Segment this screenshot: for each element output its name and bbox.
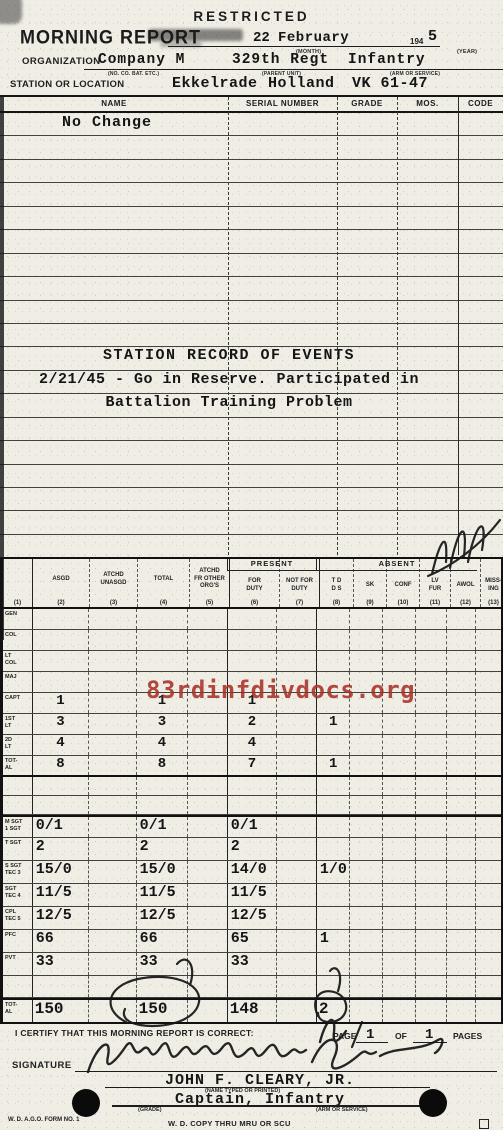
stats-column-number: (7) bbox=[296, 600, 303, 607]
col-mos: MOS. bbox=[397, 99, 458, 108]
stats-cell bbox=[416, 796, 447, 814]
stats-cell: 148 bbox=[228, 1000, 278, 1022]
organization-unit: Company M bbox=[98, 52, 185, 68]
stats-row-label: 1ST LT bbox=[3, 714, 33, 734]
stats-cell bbox=[188, 838, 228, 860]
stats-cell bbox=[350, 976, 383, 997]
column-divider bbox=[397, 97, 398, 555]
stats-cell: 0/1 bbox=[33, 817, 89, 837]
stats-cell bbox=[416, 735, 447, 755]
stats-cell bbox=[277, 777, 317, 795]
stats-cell bbox=[89, 817, 137, 837]
stats-cell bbox=[277, 976, 317, 997]
station-label: STATION OR LOCATION bbox=[10, 79, 124, 90]
stats-cell bbox=[188, 1000, 228, 1022]
stats-value: 11/5 bbox=[137, 884, 187, 901]
stats-cell bbox=[476, 672, 501, 692]
stats-cell: 12/5 bbox=[137, 907, 188, 929]
stats-column-number: (1) bbox=[14, 600, 21, 607]
stats-cell bbox=[447, 735, 477, 755]
stats-row bbox=[3, 976, 501, 998]
col-name: NAME bbox=[0, 99, 228, 108]
stats-cell bbox=[416, 630, 447, 650]
stats-cell bbox=[277, 1000, 317, 1022]
stats-row: 2D LT444 bbox=[3, 735, 501, 756]
stats-value: 148 bbox=[228, 1000, 277, 1018]
stats-cell: 2 bbox=[317, 1000, 351, 1022]
stats-row: PVT333333 bbox=[3, 953, 501, 976]
stats-cell bbox=[277, 796, 317, 814]
stats-cell bbox=[350, 907, 383, 929]
name-table-row bbox=[0, 160, 503, 183]
stats-cell bbox=[89, 861, 137, 883]
name-table-row bbox=[0, 418, 503, 441]
stats-cell bbox=[89, 651, 137, 671]
stats-cell bbox=[33, 796, 89, 814]
present-group-header: PRESENT bbox=[227, 559, 317, 571]
stats-row: GEN bbox=[3, 609, 501, 630]
stats-cell bbox=[447, 609, 477, 629]
stats-cell bbox=[383, 796, 416, 814]
stats-column-number: (2) bbox=[57, 600, 64, 607]
stats-cell bbox=[416, 651, 447, 671]
stats-cell bbox=[447, 777, 477, 795]
stats-row-label bbox=[3, 777, 33, 795]
stats-cell: 65 bbox=[228, 930, 278, 952]
stats-cell bbox=[188, 884, 228, 906]
stats-header-cell: (1) bbox=[3, 559, 33, 607]
stats-cell bbox=[383, 735, 416, 755]
stats-cell: 1 bbox=[33, 693, 89, 713]
stats-cell bbox=[317, 907, 351, 929]
stats-cell bbox=[416, 1000, 447, 1022]
stats-cell: 8 bbox=[33, 756, 89, 775]
stats-cell bbox=[228, 609, 278, 629]
stats-cell bbox=[447, 672, 477, 692]
stats-cell bbox=[89, 796, 137, 814]
stats-cell bbox=[476, 796, 501, 814]
stats-cell bbox=[476, 907, 501, 929]
of-label: OF bbox=[395, 1031, 407, 1041]
stats-cell bbox=[476, 777, 501, 795]
organization-underline bbox=[84, 69, 503, 70]
stats-value: 4 bbox=[137, 735, 187, 751]
stats-value: 2 bbox=[228, 714, 277, 730]
stats-cell bbox=[447, 1000, 477, 1022]
name-table-header: NAME SERIAL NUMBER GRADE MOS. CODE bbox=[0, 97, 503, 113]
stats-cell bbox=[447, 930, 477, 952]
stats-cell bbox=[228, 630, 278, 650]
stats-column-label: T D D S bbox=[331, 571, 341, 600]
stats-cell bbox=[447, 817, 477, 837]
stats-column-label: NOT FOR DUTY bbox=[286, 571, 313, 600]
stats-cell: 150 bbox=[137, 1000, 188, 1022]
stats-value: 150 bbox=[137, 1000, 187, 1018]
stats-cell bbox=[137, 651, 188, 671]
stats-cell bbox=[383, 630, 416, 650]
stats-cell bbox=[350, 1000, 383, 1022]
name-table-row bbox=[0, 254, 503, 277]
stats-cell: 15/0 bbox=[33, 861, 89, 883]
stats-value: 2 bbox=[33, 838, 88, 855]
stats-cell bbox=[317, 630, 351, 650]
date-day: 22 bbox=[253, 30, 270, 46]
stats-column-label: FOR DUTY bbox=[246, 571, 262, 600]
stats-cell bbox=[317, 777, 351, 795]
name-table-row bbox=[0, 277, 503, 300]
stats-cell bbox=[383, 714, 416, 734]
stats-cell bbox=[416, 672, 447, 692]
stats-row: COL bbox=[3, 630, 501, 651]
stats-cell bbox=[277, 953, 317, 975]
name-table-row: Battalion Training Problem bbox=[0, 394, 503, 417]
stats-header-cell: ASGD(2) bbox=[33, 559, 90, 607]
stats-cell: 66 bbox=[137, 930, 188, 952]
stats-cell: 66 bbox=[33, 930, 89, 952]
stats-cell: 4 bbox=[33, 735, 89, 755]
stats-value: 12/5 bbox=[137, 907, 187, 924]
form-number: W. D. A.G.O. FORM NO. 1 bbox=[8, 1117, 79, 1123]
stats-cell bbox=[476, 1000, 501, 1022]
stats-cell bbox=[188, 609, 228, 629]
stats-row: S SGT TEC 315/015/014/01/0 bbox=[3, 861, 501, 884]
stats-cell bbox=[277, 930, 317, 952]
stats-row-label: LT COL bbox=[3, 651, 33, 671]
stats-row: TOT- AL8871 bbox=[3, 756, 501, 777]
stats-cell bbox=[317, 953, 351, 975]
stats-cell bbox=[317, 817, 351, 837]
stats-cell bbox=[188, 714, 228, 734]
stats-value: 3 bbox=[137, 714, 187, 730]
signature-label: SIGNATURE bbox=[12, 1060, 72, 1071]
stats-cell bbox=[476, 651, 501, 671]
stats-cell bbox=[447, 861, 477, 883]
stats-cell bbox=[350, 777, 383, 795]
stats-row: TOT- AL1501501482 bbox=[3, 998, 501, 1024]
stats-column-label: ATCHD FR OTHER ORG'S bbox=[194, 559, 225, 600]
stats-cell bbox=[277, 651, 317, 671]
stats-cell bbox=[89, 756, 137, 775]
stats-cell: 14/0 bbox=[228, 861, 278, 883]
stats-cell bbox=[447, 907, 477, 929]
name-table-row bbox=[0, 441, 503, 464]
stats-row: T SGT222 bbox=[3, 838, 501, 861]
stats-column-label: LV FUR bbox=[429, 571, 441, 600]
stats-value: 14/0 bbox=[228, 861, 277, 878]
col-serial-number: SERIAL NUMBER bbox=[228, 99, 337, 108]
unit-sublabel: (NO. CO. BAT. ETC.) bbox=[108, 71, 159, 77]
stats-value: 11/5 bbox=[228, 884, 277, 901]
stats-row-label: GEN bbox=[3, 609, 33, 629]
stats-cell bbox=[89, 630, 137, 650]
stats-value: 66 bbox=[33, 930, 88, 947]
stats-cell bbox=[383, 838, 416, 860]
stats-cell bbox=[416, 953, 447, 975]
stats-cell bbox=[447, 756, 477, 775]
stats-row: M SGT 1 SGT0/10/10/1 bbox=[3, 815, 501, 838]
stats-cell bbox=[188, 861, 228, 883]
stats-cell bbox=[89, 672, 137, 692]
stats-cell: 8 bbox=[137, 756, 188, 775]
stats-value: 4 bbox=[33, 735, 88, 751]
stats-row-label: MAJ bbox=[3, 672, 33, 692]
stats-cell: 2 bbox=[228, 838, 278, 860]
stats-cell bbox=[228, 796, 278, 814]
stats-cell bbox=[447, 651, 477, 671]
stats-cell bbox=[277, 861, 317, 883]
stats-cell bbox=[383, 861, 416, 883]
stats-header-cell: MISS- ING(13) bbox=[481, 559, 503, 607]
stats-cell bbox=[476, 976, 501, 997]
stats-value: 8 bbox=[33, 756, 88, 772]
stats-value: 1 bbox=[317, 930, 350, 947]
date-underline bbox=[168, 46, 440, 47]
pages-label: PAGES bbox=[453, 1031, 482, 1041]
classification-stamp: RESTRICTED bbox=[0, 9, 503, 24]
stats-value: 1/0 bbox=[317, 861, 350, 878]
year-printed: 194 bbox=[410, 37, 423, 46]
stats-cell bbox=[416, 714, 447, 734]
stats-row-label: M SGT 1 SGT bbox=[3, 817, 33, 837]
stats-cell bbox=[89, 735, 137, 755]
page-label: PAGE bbox=[333, 1031, 356, 1041]
stats-column-number: (9) bbox=[366, 600, 373, 607]
stats-cell bbox=[137, 976, 188, 997]
stats-cell bbox=[188, 756, 228, 775]
stats-cell: 1/0 bbox=[317, 861, 351, 883]
stats-cell: 1 bbox=[317, 756, 351, 775]
stats-cell: 33 bbox=[137, 953, 188, 975]
stats-column-label: AWOL bbox=[457, 571, 475, 600]
stats-cell bbox=[89, 838, 137, 860]
stats-cell bbox=[188, 930, 228, 952]
stats-cell bbox=[476, 630, 501, 650]
certify-statement: I CERTIFY THAT THIS MORNING REPORT IS CO… bbox=[15, 1028, 254, 1038]
stats-cell bbox=[383, 907, 416, 929]
stats-cell: 33 bbox=[228, 953, 278, 975]
stats-row bbox=[3, 777, 501, 796]
stats-column-number: (5) bbox=[206, 600, 213, 607]
stats-row-label bbox=[3, 796, 33, 814]
stats-cell bbox=[228, 651, 278, 671]
stats-cell: 12/5 bbox=[33, 907, 89, 929]
stats-cell bbox=[350, 838, 383, 860]
stats-cell bbox=[89, 1000, 137, 1022]
name-table-entry: No Change bbox=[62, 114, 152, 131]
stats-value: 33 bbox=[137, 953, 187, 970]
stats-cell bbox=[188, 777, 228, 795]
station-place: Ekkelrade bbox=[172, 75, 258, 92]
year-sublabel: (YEAR) bbox=[457, 49, 477, 55]
name-table-row bbox=[0, 535, 503, 558]
stats-value: 0/1 bbox=[33, 817, 88, 834]
name-table-row: No Change bbox=[0, 113, 503, 136]
stats-cell bbox=[383, 756, 416, 775]
stats-row-label: CPL TEC 5 bbox=[3, 907, 33, 929]
stats-row: 1ST LT3321 bbox=[3, 714, 501, 735]
stats-value: 7 bbox=[228, 756, 277, 772]
stats-cell bbox=[277, 714, 317, 734]
stats-row-label: S SGT TEC 3 bbox=[3, 861, 33, 883]
stats-value: 150 bbox=[33, 1000, 88, 1018]
stats-value: 0/1 bbox=[137, 817, 187, 834]
stats-cell bbox=[317, 609, 351, 629]
col-code: CODE bbox=[458, 99, 503, 108]
stats-row-label: TOT- AL bbox=[3, 1000, 33, 1022]
stats-column-label: ATCHD UNASGD bbox=[100, 559, 126, 600]
stats-value: 2 bbox=[228, 838, 277, 855]
pages-number: 1 bbox=[425, 1027, 433, 1043]
stats-cell: 2 bbox=[33, 838, 89, 860]
stats-column-number: (11) bbox=[430, 600, 440, 607]
name-table-row bbox=[0, 207, 503, 230]
name-table-row bbox=[0, 183, 503, 206]
stats-cell bbox=[277, 630, 317, 650]
stats-column-number: (12) bbox=[460, 600, 471, 607]
stats-cell bbox=[188, 817, 228, 837]
stats-value: 15/0 bbox=[137, 861, 187, 878]
stats-value: 0/1 bbox=[228, 817, 277, 834]
stats-cell bbox=[447, 630, 477, 650]
name-table-row bbox=[0, 511, 503, 534]
station-country: Holland bbox=[268, 75, 335, 92]
stats-cell: 150 bbox=[33, 1000, 89, 1022]
name-table-row bbox=[0, 465, 503, 488]
absent-group-header: ABSENT bbox=[317, 559, 477, 571]
scan-edge-artifact bbox=[0, 95, 4, 640]
stats-cell: 11/5 bbox=[137, 884, 188, 906]
name-table-entry: 2/21/45 - Go in Reserve. Participated in bbox=[0, 371, 458, 388]
stats-cell: 33 bbox=[33, 953, 89, 975]
stats-cell bbox=[89, 609, 137, 629]
stats-cell bbox=[277, 884, 317, 906]
stats-row-label: CAPT bbox=[3, 693, 33, 713]
stats-cell bbox=[476, 884, 501, 906]
stats-cell bbox=[383, 930, 416, 952]
stats-cell bbox=[137, 796, 188, 814]
stats-column-number: (3) bbox=[110, 600, 117, 607]
stats-cell bbox=[476, 930, 501, 952]
stats-row: PFC6666651 bbox=[3, 930, 501, 953]
stats-cell bbox=[383, 817, 416, 837]
stats-row: CPL TEC 512/512/512/5 bbox=[3, 907, 501, 930]
stats-value: 33 bbox=[33, 953, 88, 970]
stats-value: 4 bbox=[228, 735, 277, 751]
stats-cell: 11/5 bbox=[228, 884, 278, 906]
stats-cell bbox=[317, 651, 351, 671]
stats-cell bbox=[350, 756, 383, 775]
stats-value: 3 bbox=[33, 714, 88, 730]
name-table-row bbox=[0, 301, 503, 324]
stats-cell bbox=[137, 609, 188, 629]
stats-cell bbox=[416, 756, 447, 775]
stats-column-label: CONF bbox=[395, 571, 412, 600]
stats-cell bbox=[317, 735, 351, 755]
stats-cell: 7 bbox=[228, 756, 278, 775]
strength-table-header: PRESENT ABSENT (1)ASGD(2)ATCHD UNASGD(3)… bbox=[3, 559, 501, 609]
stats-cell bbox=[317, 838, 351, 860]
stats-row-label: PVT bbox=[3, 953, 33, 975]
date-month: February bbox=[278, 30, 349, 46]
stats-value: 1 bbox=[33, 693, 88, 709]
stats-value: 65 bbox=[228, 930, 277, 947]
stats-cell bbox=[447, 884, 477, 906]
stats-row: SGT TEC 411/511/511/5 bbox=[3, 884, 501, 907]
stats-column-number: (8) bbox=[333, 600, 340, 607]
stats-column-label: TOTAL bbox=[154, 559, 173, 600]
stats-cell bbox=[416, 930, 447, 952]
stats-row-label: TOT- AL bbox=[3, 756, 33, 775]
stats-cell bbox=[89, 907, 137, 929]
stats-cell bbox=[383, 777, 416, 795]
morning-report-document: RESTRICTED MORNING REPORT 22 February (M… bbox=[0, 0, 503, 1130]
stats-cell bbox=[476, 861, 501, 883]
stats-cell bbox=[350, 630, 383, 650]
column-divider bbox=[458, 97, 459, 555]
stats-cell bbox=[188, 630, 228, 650]
stats-header-cell: ATCHD UNASGD(3) bbox=[90, 559, 138, 607]
stats-cell bbox=[33, 777, 89, 795]
stats-cell bbox=[137, 630, 188, 650]
stats-cell: 1 bbox=[317, 930, 351, 952]
stats-cell bbox=[277, 907, 317, 929]
stats-cell bbox=[447, 976, 477, 997]
name-table-row bbox=[0, 488, 503, 511]
year-written: 5 bbox=[428, 28, 437, 45]
copy-routing-note: W. D. COPY THRU MRU OR SCU bbox=[168, 1119, 291, 1128]
stats-cell bbox=[383, 884, 416, 906]
organization-arm: Infantry bbox=[348, 52, 426, 68]
stats-cell bbox=[350, 796, 383, 814]
stats-cell bbox=[350, 714, 383, 734]
stats-row-label: 2D LT bbox=[3, 735, 33, 755]
punch-hole bbox=[72, 1089, 100, 1117]
stats-row: LT COL bbox=[3, 651, 501, 672]
stats-cell bbox=[447, 714, 477, 734]
stats-cell bbox=[416, 817, 447, 837]
stats-cell: 1 bbox=[317, 714, 351, 734]
stats-cell: 0/1 bbox=[228, 817, 278, 837]
stats-cell bbox=[416, 907, 447, 929]
stats-cell: 11/5 bbox=[33, 884, 89, 906]
stats-cell bbox=[416, 693, 447, 713]
organization-parent-unit: 329th Regt bbox=[232, 52, 329, 68]
stats-cell bbox=[476, 838, 501, 860]
stats-cell bbox=[416, 777, 447, 795]
stats-cell bbox=[317, 796, 351, 814]
stats-cell bbox=[228, 976, 278, 997]
stats-value: 8 bbox=[137, 756, 187, 772]
stats-cell: 2 bbox=[228, 714, 278, 734]
stats-cell bbox=[447, 953, 477, 975]
stats-column-number: (13) bbox=[488, 600, 499, 607]
stats-cell bbox=[383, 609, 416, 629]
stats-header-cell: TOTAL(4) bbox=[138, 559, 190, 607]
stats-cell bbox=[89, 884, 137, 906]
stats-cell bbox=[277, 756, 317, 775]
scan-corner-artifact bbox=[0, 0, 22, 24]
name-table-entry: STATION RECORD OF EVENTS bbox=[0, 347, 458, 364]
stats-column-number: (10) bbox=[398, 600, 409, 607]
stats-value: 1 bbox=[317, 756, 350, 772]
stats-cell bbox=[89, 693, 137, 713]
stats-cell bbox=[350, 861, 383, 883]
stats-cell bbox=[188, 796, 228, 814]
stats-cell bbox=[350, 884, 383, 906]
stats-cell bbox=[350, 930, 383, 952]
ink-smudge bbox=[148, 29, 243, 41]
stats-header-cell: ATCHD FR OTHER ORG'S(5) bbox=[190, 559, 230, 607]
